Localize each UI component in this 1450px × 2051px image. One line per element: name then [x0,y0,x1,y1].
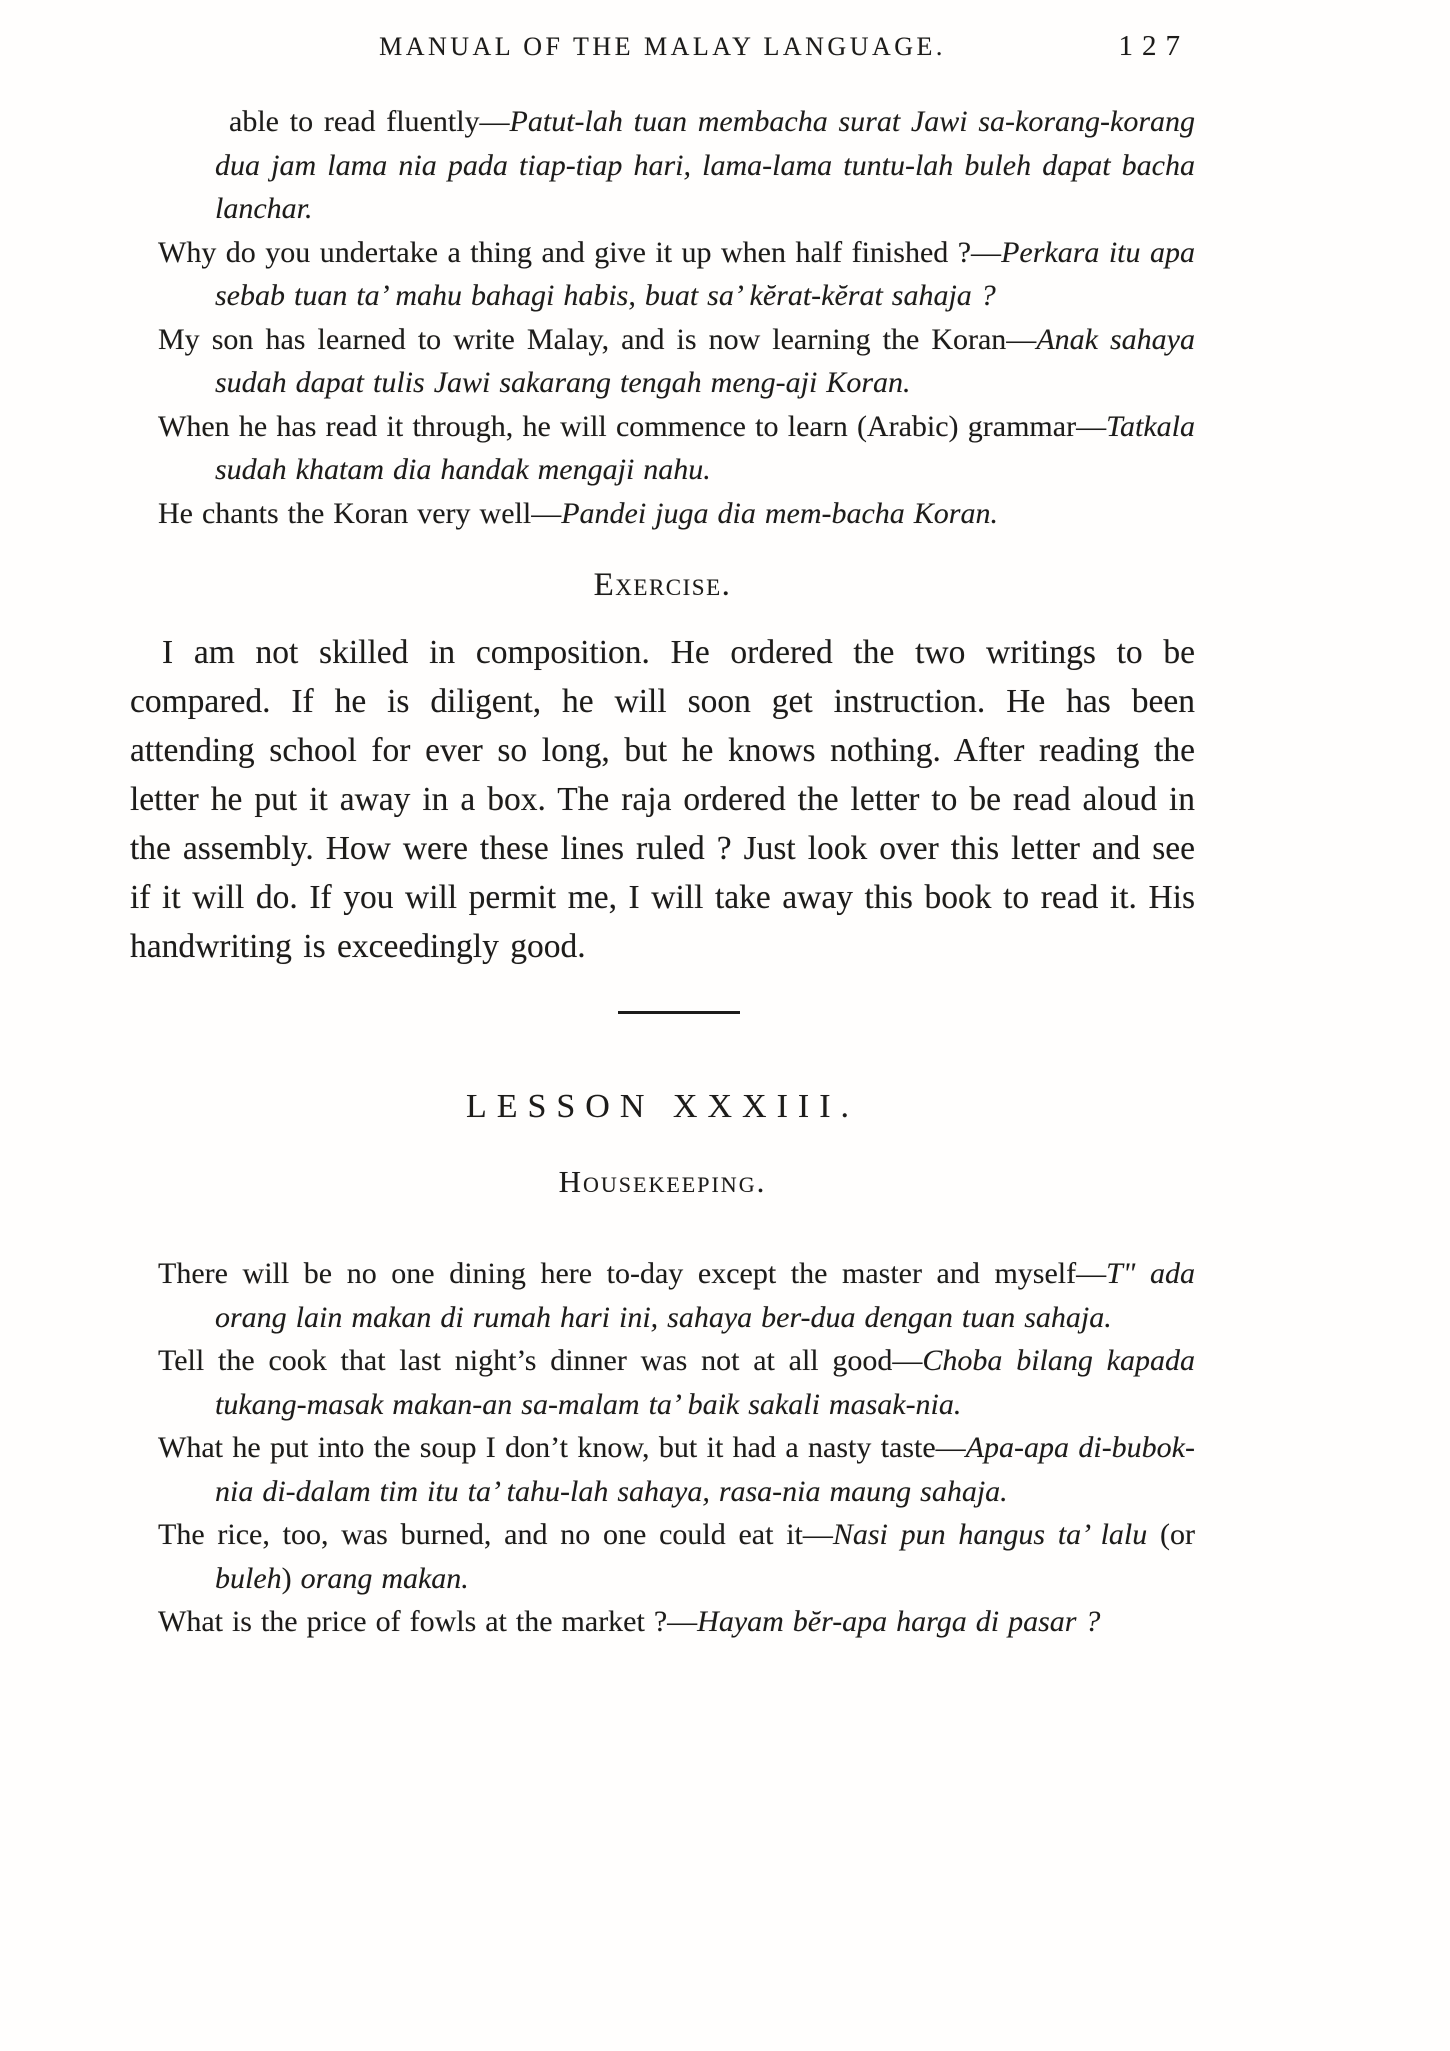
english-text: What is the price of fowls at the market… [158,1605,697,1638]
dialogue-entry: When he has read it through, he will com… [130,405,1195,492]
malay-text: buleh [215,1562,282,1595]
page-title: MANUAL OF THE MALAY LANGUAGE. [379,32,946,62]
english-text: able to read fluently— [229,105,510,138]
dialogue-entry: Tell the cook that last night’s dinner w… [130,1339,1195,1426]
page-number: 127 [1119,30,1190,63]
english-text: My son has learned to write Malay, and i… [158,323,1036,356]
english-text: When he has read it through, he will com… [158,410,1106,443]
continued-dialogue-list: able to read fluently—Patut-lah tuan mem… [130,100,1195,535]
english-text: (or [1160,1518,1195,1551]
dialogue-entry: Why do you undertake a thing and give it… [130,231,1195,318]
english-text: Why do you undertake a thing and give it… [158,236,1001,269]
exercise-paragraph: I am not skilled in composition. He orde… [130,628,1195,971]
english-text: The rice, too, was burned, and no one co… [158,1518,833,1551]
scanned-book-page: MANUAL OF THE MALAY LANGUAGE. 127 able t… [0,0,1450,2051]
lesson-dialogue-list: There will be no one dining here to-day … [130,1252,1195,1644]
lesson-subtitle: Housekeeping. [130,1164,1195,1200]
lesson-title: LESSON XXXIII. [130,1088,1195,1126]
english-text: What he put into the soup I don’t know, … [158,1431,966,1464]
dialogue-entry: My son has learned to write Malay, and i… [130,318,1195,405]
dialogue-entry: There will be no one dining here to-day … [130,1252,1195,1339]
dialogue-entry: The rice, too, was burned, and no one co… [130,1513,1195,1600]
dialogue-entry: He chants the Koran very well—Pandei jug… [130,492,1195,536]
english-text: ) [282,1562,301,1595]
english-text: There will be no one dining here to-day … [158,1257,1106,1290]
english-text: He chants the Koran very well— [158,497,561,530]
malay-text: Hayam bĕr-apa harga di pasar ? [697,1605,1100,1638]
malay-text: Nasi pun hangus ta’ lalu [833,1518,1160,1551]
dialogue-entry: able to read fluently—Patut-lah tuan mem… [130,100,1195,231]
malay-text: Pandei juga dia mem-bacha Koran. [561,497,998,530]
running-header: MANUAL OF THE MALAY LANGUAGE. 127 [130,30,1195,72]
section-divider [618,1011,740,1014]
dialogue-entry: What he put into the soup I don’t know, … [130,1426,1195,1513]
malay-text: orang makan. [301,1562,469,1595]
exercise-heading: Exercise. [130,567,1195,604]
english-text: Tell the cook that last night’s dinner w… [158,1344,922,1377]
dialogue-entry: What is the price of fowls at the market… [130,1600,1195,1644]
